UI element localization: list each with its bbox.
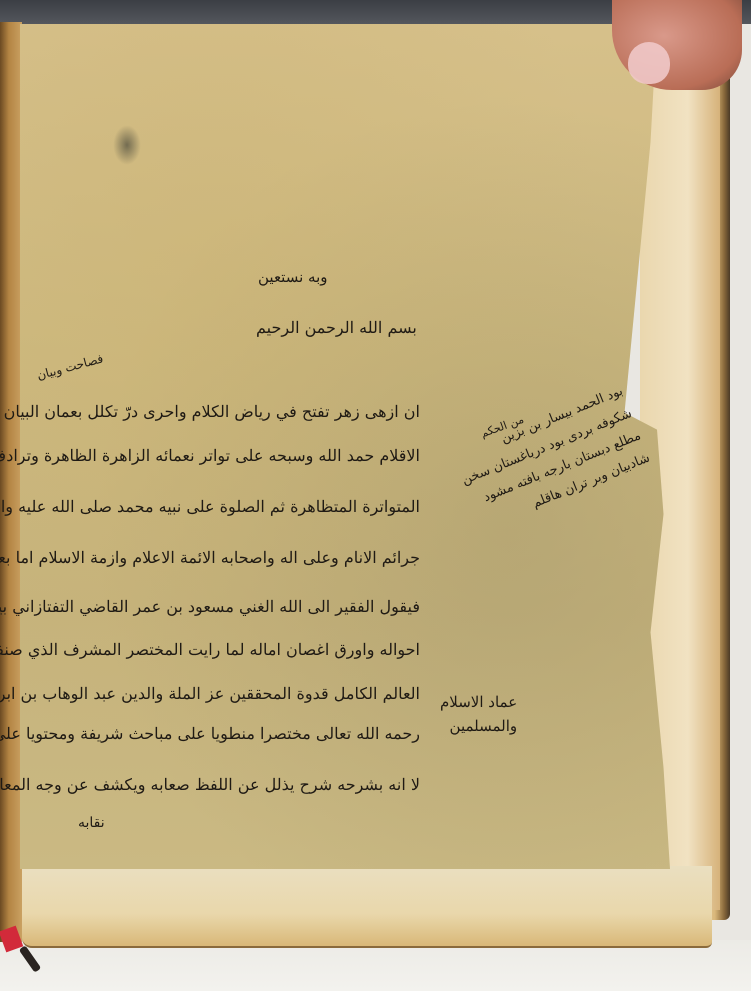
- margin-line: والمسلمين: [440, 714, 517, 738]
- catchword: نقابه: [78, 815, 105, 831]
- text-line: جرائم الانام وعلى اله واصحابه الائمة الا…: [60, 548, 420, 567]
- invocation-heading: وبه نستعين: [258, 268, 328, 286]
- bottom-page-edge: [22, 866, 712, 948]
- fingernail: [628, 42, 670, 84]
- basmala: بسم الله الرحمن الرحيم: [256, 318, 417, 337]
- book-spine-edge: [0, 22, 22, 942]
- margin-line: عماد الاسلام: [440, 690, 517, 714]
- text-line: العالم الكامل قدوة المحققين عز الملة وال…: [60, 684, 420, 703]
- text-line: المتواترة المتظاهرة ثم الصلوة على نبيه م…: [60, 497, 420, 516]
- text-line: لا انه بشرحه شرح يذلل عن اللفظ صعابه ويك…: [60, 775, 420, 794]
- text-line: فيقول الفقير الى الله الغني مسعود بن عمر…: [60, 597, 420, 616]
- text-line: الاقلام حمد الله وسبحه على تواتر نعمائه …: [60, 446, 420, 465]
- margin-note-lower-right: عماد الاسلام والمسلمين: [440, 690, 517, 738]
- text-line: ان ازهى زهر تفتح في رياض الكلام واحرى در…: [60, 402, 420, 421]
- text-line: احواله واورق اغصان اماله لما رايت المختص…: [60, 640, 420, 659]
- ink-stain: [113, 125, 141, 165]
- text-line: رحمه الله تعالى مختصرا منطويا على مباحث …: [60, 724, 420, 743]
